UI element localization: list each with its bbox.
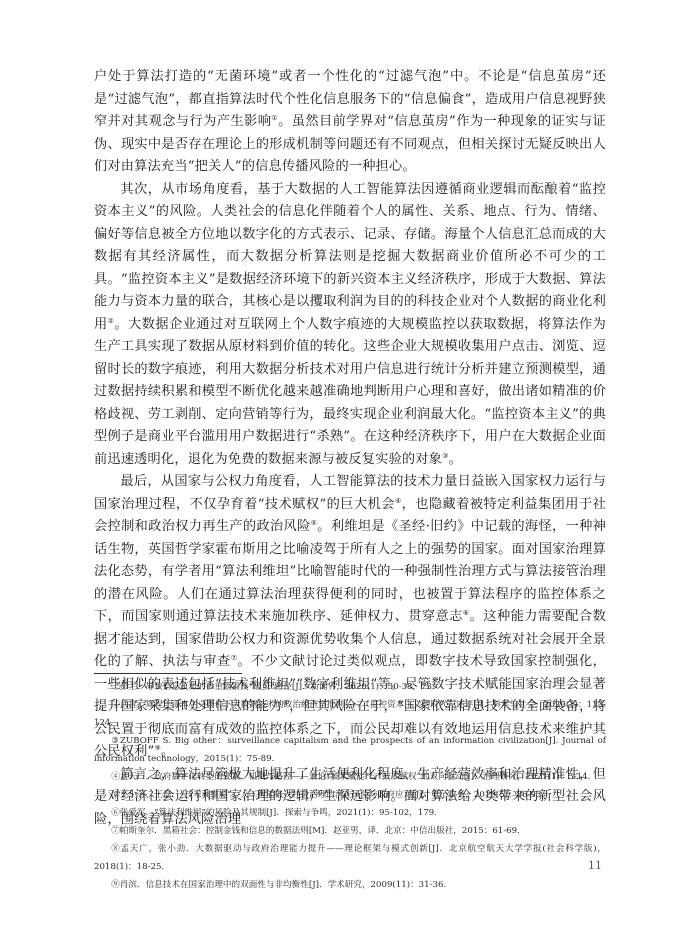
footnote-8: ⑧孟天广，张小劲．大数据驱动与政府治理能力提升——理论框架与模式创新[J]．北京… [94, 840, 606, 876]
footnote-marker[interactable]: ⑤ [311, 519, 318, 527]
footnote-marker[interactable]: ② [108, 317, 115, 325]
footnote-5: ⑤王小芳，王磊．“技术利维坦”：人工智能嵌入社会治理的潜在风险与政府应对[J]．… [94, 786, 606, 804]
footnote-3: ③ZUBOFF S. Big other：surveillance capita… [94, 732, 606, 768]
paragraph-2: 其次，从市场角度看，基于大数据的人工智能算法因遵循商业逻辑而酝酿着“监控资本主义… [94, 179, 606, 472]
footnote-2: ②武青，周程．资本主义条件下大数据技术的政治经济学批判——《监控资本主义的时代》… [94, 696, 606, 732]
footnote-divider [94, 673, 242, 674]
footnote-6: ⑥张爱军．“算法利维坦”的风险及其规制[J]．探索与争鸣，2021(1)：95-… [94, 804, 606, 822]
footnote-1: ①彭兰．导致信息茧房的多重因素及“破茧”路径[J]．新闻界，2020(1)：30… [94, 678, 606, 696]
footnotes: ①彭兰．导致信息茧房的多重因素及“破茧”路径[J]．新闻界，2020(1)：30… [94, 678, 606, 894]
footnote-marker[interactable]: ⑥ [463, 609, 470, 617]
page-number: 11 [588, 859, 602, 872]
footnote-marker[interactable]: ④ [395, 497, 402, 505]
footnote-4: ④孟天广．政府数字化转型的要素、机制与路径——兼论“技术赋能”与“技术赋权”的双… [94, 768, 606, 786]
paragraph-1: 户处于算法打造的“无菌环境”或者一个性化的“过滤气泡”中。不论是“信息茧房”还是… [94, 66, 606, 179]
footnote-9: ⑨肖滨．信息技术在国家治理中的双面性与非均衡性[J]．学术研究，2009(11)… [94, 876, 606, 894]
footnote-marker[interactable]: ⑦ [231, 654, 238, 662]
footnote-7: ⑦帕斯奎尔．黑箱社会：控制金钱和信息的数据法则[M]．赵亚男，译．北京：中信出版… [94, 822, 606, 840]
footnote-marker[interactable]: ③ [442, 452, 448, 460]
footnote-marker[interactable]: ① [271, 114, 278, 122]
